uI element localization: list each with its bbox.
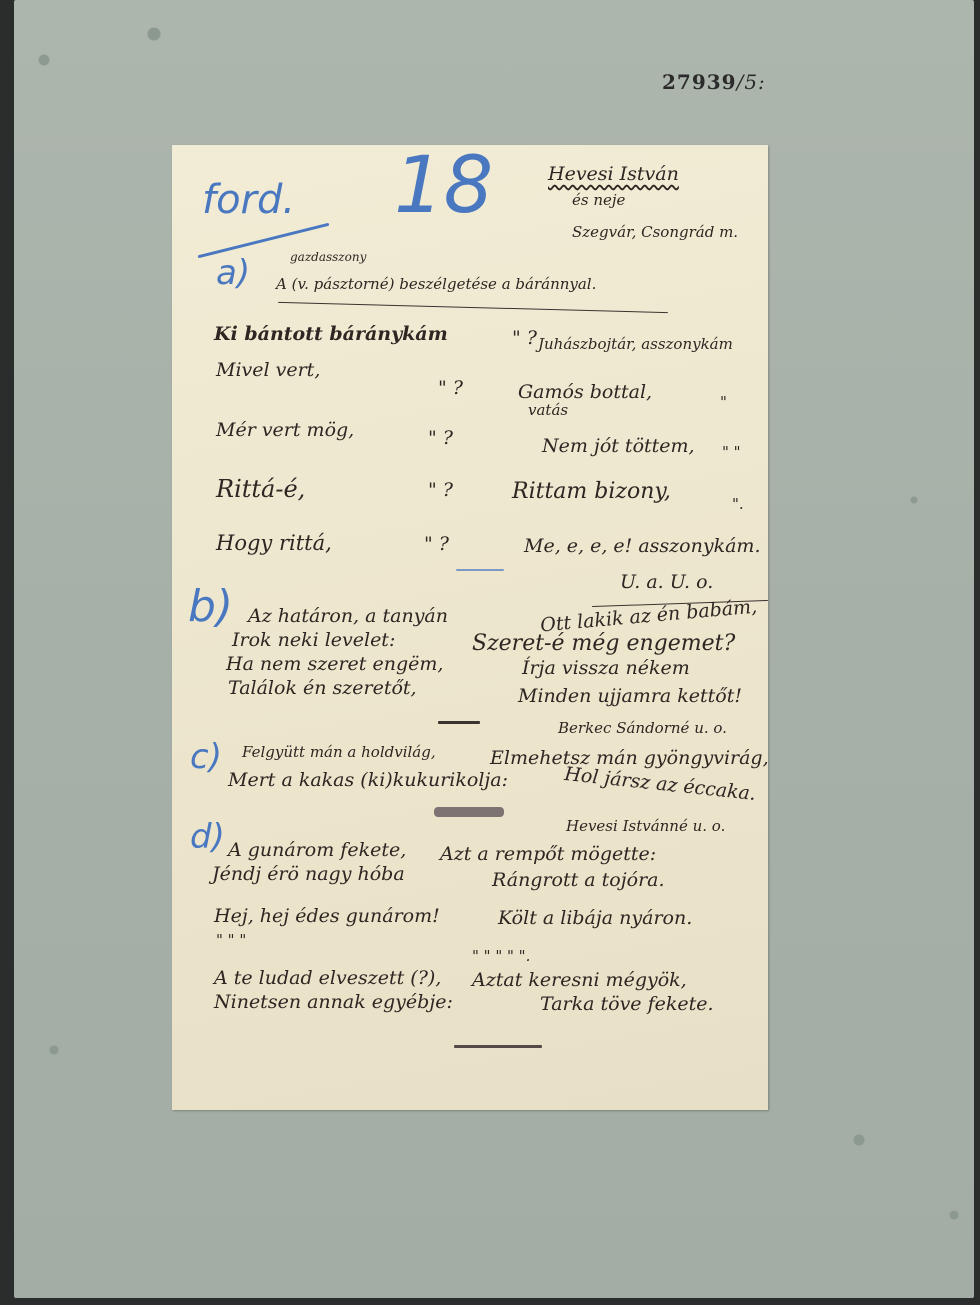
section-label-b: b)	[188, 581, 233, 632]
divider-b	[438, 721, 480, 724]
title-underline	[278, 302, 668, 313]
verse-b-3-left: Ha nem szeret engëm,	[226, 653, 443, 675]
blue-annotation-ford: ford.	[202, 177, 295, 223]
verse-b-4-right: Minden ujjamra kettőt!	[518, 685, 742, 707]
verse-d-6-left: Ninetsen annak egyébje:	[214, 991, 453, 1013]
verse-a-3-question: Mér vert mög,	[216, 419, 354, 441]
verse-a-3-mark: " ?	[428, 427, 453, 449]
verse-d-1-right: Azt a rempőt mögette:	[440, 843, 656, 865]
section-a-title-insert: gazdasszony	[290, 250, 366, 264]
verse-d-3-right: Költ a libája nyáron.	[498, 907, 692, 929]
section-a-title: A (v. pásztorné) beszélgetése a báránnya…	[276, 275, 596, 293]
verse-b-2-left: Irok neki levelet:	[232, 629, 395, 651]
verse-b-4-left: Találok én szeretőt,	[228, 677, 417, 699]
verse-d-2-right: Rángrott a tojóra.	[492, 869, 665, 891]
verse-d-4-left-ditto: " " "	[216, 931, 246, 949]
verse-a-2-question: Mivel vert,	[216, 359, 320, 381]
verse-b-2-right: Szeret-é még engemet?	[472, 631, 735, 656]
verse-d-5-left: A te ludad elveszett (?),	[214, 967, 441, 989]
verse-a-4-mark: " ?	[428, 479, 453, 501]
verse-d-6-right: Tarka töve fekete.	[540, 993, 714, 1015]
verse-d-4-right-ditto: " " " " ".	[472, 947, 530, 965]
section-label-d: d)	[190, 817, 225, 857]
verse-a-3-ditto: " "	[722, 443, 741, 461]
verse-a-4-question: Rittá-é,	[216, 475, 305, 503]
accession-number-value: 27939	[662, 70, 737, 94]
verse-a-1-mark: " ?	[512, 327, 537, 349]
verse-a-3-answer: Nem jót töttem,	[542, 435, 695, 457]
section-c-source: Hevesi Istvánné u. o.	[566, 817, 725, 835]
verse-a-2-ditto: "	[720, 393, 727, 411]
accession-suffix: /5:	[737, 70, 766, 94]
informant-name: Hevesi István	[548, 163, 679, 185]
section-b-source: Berkec Sándorné u. o.	[558, 719, 727, 737]
informant-spouse: és neje	[572, 191, 625, 209]
verse-b-1-left: Az határon, a tanyán	[248, 605, 448, 627]
verse-d-3-left: Hej, hej édes gunárom!	[214, 905, 440, 927]
verse-d-2-left: Jéndj érö nagy hóba	[212, 863, 405, 885]
verse-b-3-right: Írja vissza nékem	[522, 657, 690, 679]
verse-c-2-right: Hol jársz az éccaka.	[563, 763, 757, 805]
verse-a-5-answer: Me, e, e, e! asszonykám.	[524, 535, 761, 557]
verse-a-4-answer: Rittam bizony,	[512, 479, 671, 504]
section-label-c: c)	[190, 737, 222, 777]
verse-c-1-left: Felgyütt mán a holdvilág,	[242, 743, 436, 761]
verse-a-4-ditto: ".	[732, 495, 744, 513]
verse-a-2-answer-variant: vatás	[528, 401, 568, 419]
section-a-source: U. a. U. o.	[620, 571, 713, 593]
verse-a-1-question: Ki bántott báránykám	[214, 323, 448, 345]
blue-item-number: 18	[394, 141, 493, 231]
verse-a-2-mark: " ?	[438, 377, 463, 399]
verse-c-2-left: Mert a kakas (ki)kukurikolja:	[228, 769, 508, 791]
blue-mark	[456, 569, 504, 571]
verse-c-1-right: Elmehetsz mán gyöngyvirág,	[490, 747, 769, 769]
end-rule	[454, 1045, 542, 1048]
verse-a-1-answer: Juhászbojtár, asszonykám	[538, 335, 733, 353]
verse-d-1-left: A gunárom fekete,	[228, 839, 406, 861]
verse-a-5-question: Hogy rittá,	[216, 531, 332, 555]
manuscript-card: ford. 18 Hevesi István és neje Szegvár, …	[172, 145, 768, 1110]
ink-smudge	[434, 807, 504, 817]
accession-number: 27939/5:	[662, 70, 766, 94]
informant-location: Szegvár, Csongrád m.	[572, 223, 738, 241]
section-label-a: a)	[216, 253, 250, 293]
verse-a-2-answer: Gamós bottal,	[518, 381, 652, 403]
verse-d-5-right: Aztat keresni mégyök,	[472, 969, 687, 991]
verse-a-5-mark: " ?	[424, 533, 449, 555]
